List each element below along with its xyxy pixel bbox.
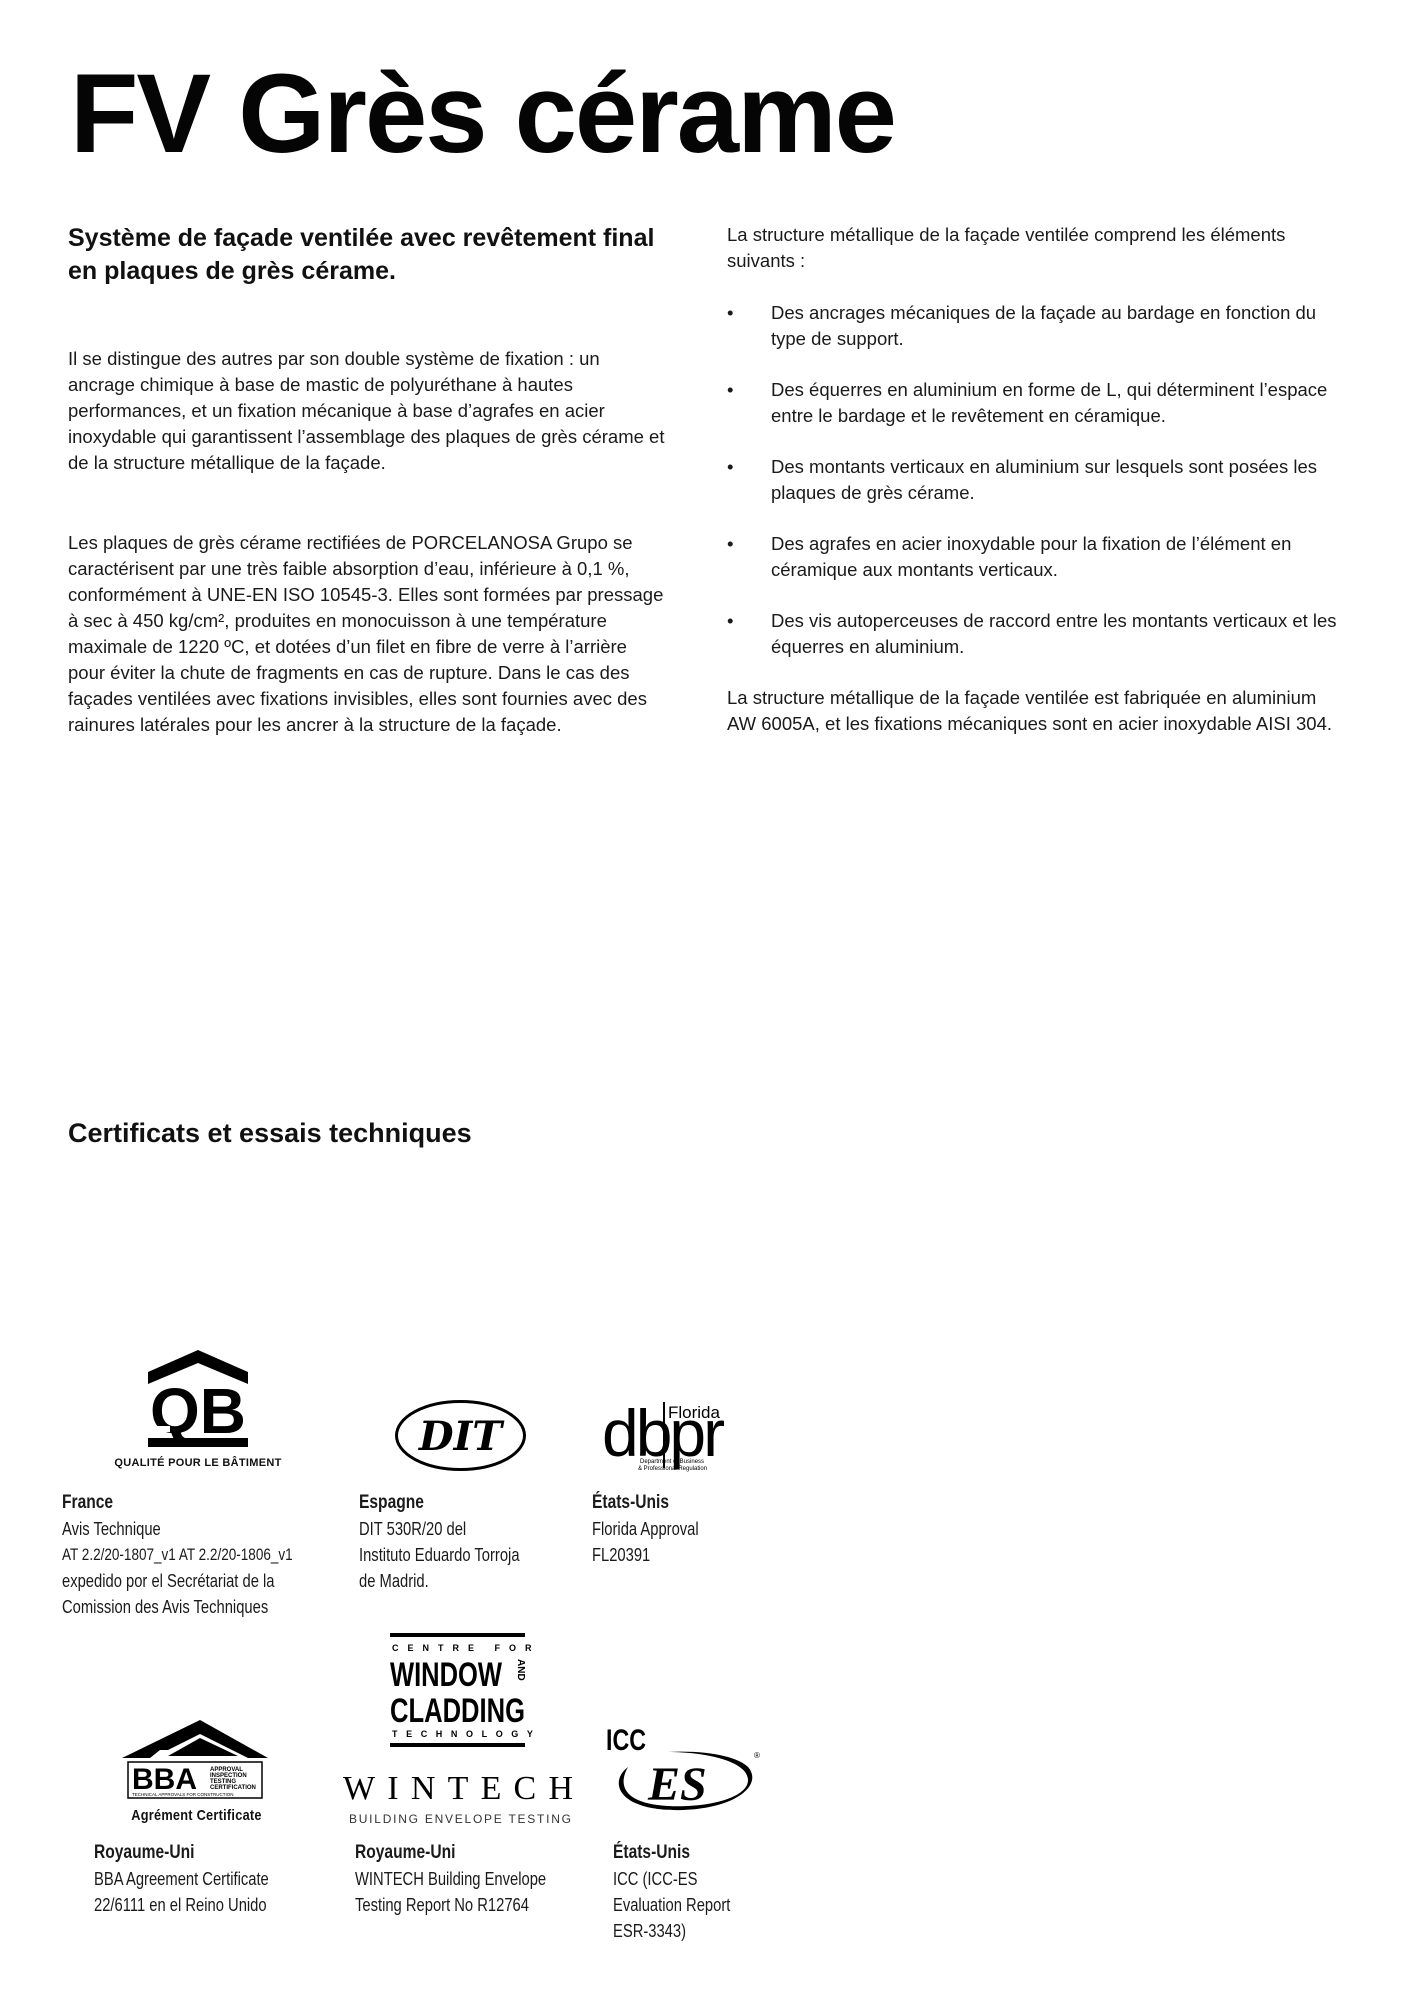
bba-roof-icon: BBA APPROVAL INSPECTION TESTING CERTIFIC… (120, 1718, 270, 1802)
svg-text:CENTRE FOR: CENTRE FOR (392, 1643, 541, 1653)
svg-text:& Professional Regulation: & Professional Regulation (638, 1466, 707, 1472)
svg-text:®: ® (754, 1751, 760, 1760)
svg-text:CERTIFICATION: CERTIFICATION (210, 1785, 256, 1791)
structure-components-list: •Des ancrages mécaniques de la façade au… (727, 300, 1347, 660)
cert-country: États-Unis (592, 1490, 699, 1516)
icc-es-logo: ICC ES ® (598, 1722, 768, 1822)
svg-text:DIT: DIT (418, 1413, 505, 1460)
cert-royaume-uni-bba: Royaume-Uni BBA Agreement Certificate 22… (94, 1840, 269, 1918)
cert-country: Espagne (359, 1490, 520, 1516)
dit-oval-icon: DIT (393, 1398, 528, 1473)
svg-text:ICC: ICC (606, 1724, 646, 1757)
cwct-mark-icon: CENTRE FOR WINDOW AND CLADDING TECHNOLOG… (340, 1633, 580, 1833)
cert-france: France Avis Technique AT 2.2/20-1807_v1 … (62, 1490, 293, 1620)
cert-espagne: Espagne DIT 530R/20 del Instituto Eduard… (359, 1490, 520, 1594)
bba-logo: BBA APPROVAL INSPECTION TESTING CERTIFIC… (120, 1718, 270, 1828)
page-title: FV Grès cérame (70, 52, 895, 175)
wintech-logo: CENTRE FOR WINDOW AND CLADDING TECHNOLOG… (340, 1633, 580, 1833)
icc-es-mark-icon: ICC ES ® (598, 1722, 768, 1822)
svg-text:ES: ES (647, 1758, 707, 1811)
svg-text:AND: AND (515, 1659, 526, 1681)
cert-country: Royaume-Uni (94, 1840, 269, 1866)
list-item: •Des équerres en aluminium en forme de L… (727, 377, 1347, 429)
cert-country: Royaume-Uni (355, 1840, 546, 1866)
structure-materials: La structure métallique de la façade ven… (727, 685, 1347, 737)
intro-paragraph: Il se distingue des autres par son doubl… (68, 346, 668, 476)
structure-description: La structure métallique de la façade ven… (727, 222, 1347, 737)
svg-text:WINDOW: WINDOW (390, 1656, 503, 1694)
certifications-heading: Certificats et essais techniques (68, 1118, 472, 1149)
svg-text:CLADDING: CLADDING (390, 1692, 525, 1730)
bullet-icon: • (727, 531, 733, 557)
page-subtitle: Système de façade ventilée avec revêteme… (68, 222, 668, 288)
svg-text:BUILDING ENVELOPE TESTING: BUILDING ENVELOPE TESTING (349, 1812, 571, 1826)
list-item: •Des agrafes en acier inoxydable pour la… (727, 531, 1347, 583)
tile-properties-paragraph: Les plaques de grès cérame rectifiées de… (68, 530, 668, 738)
structure-intro: La structure métallique de la façade ven… (727, 222, 1347, 274)
qb-house-icon: QB (108, 1350, 288, 1450)
dbpr-logo: Florida dbpr Department of Business & Pr… (600, 1400, 765, 1475)
bullet-icon: • (727, 377, 733, 403)
list-item: •Des vis autoperceuses de raccord entre … (727, 608, 1347, 660)
bullet-icon: • (727, 454, 733, 480)
svg-text:QB: QB (150, 1375, 246, 1447)
list-item: •Des montants verticaux en aluminium sur… (727, 454, 1347, 506)
qb-caption: QUALITÉ POUR LE BÂTIMENT (108, 1457, 288, 1469)
cert-etats-unis-florida: États-Unis Florida Approval FL20391 (592, 1490, 699, 1568)
cert-etats-unis-icc: États-Unis ICC (ICC-ES Evaluation Report… (613, 1840, 730, 1944)
bba-caption: Agrément Certificate (131, 1807, 259, 1824)
cert-royaume-uni-wintech: Royaume-Uni WINTECH Building Envelope Te… (355, 1840, 546, 1918)
svg-text:WINTECH: WINTECH (343, 1770, 573, 1807)
qb-logo: QB QUALITÉ POUR LE BÂTIMENT (108, 1350, 288, 1475)
dit-logo: DIT (393, 1398, 528, 1473)
bullet-icon: • (727, 300, 733, 326)
bullet-icon: • (727, 608, 733, 634)
cert-country: États-Unis (613, 1840, 730, 1866)
dbpr-mark-icon: Florida dbpr Department of Business & Pr… (600, 1400, 765, 1475)
svg-text:TECHNICAL APPROVALS FOR CONSTR: TECHNICAL APPROVALS FOR CONSTRUCTION (132, 1792, 234, 1797)
svg-text:Department of Business: Department of Business (640, 1459, 704, 1465)
list-item: •Des ancrages mécaniques de la façade au… (727, 300, 1347, 352)
svg-text:TECHNOLOGY: TECHNOLOGY (392, 1729, 542, 1739)
cert-country: France (62, 1490, 293, 1516)
